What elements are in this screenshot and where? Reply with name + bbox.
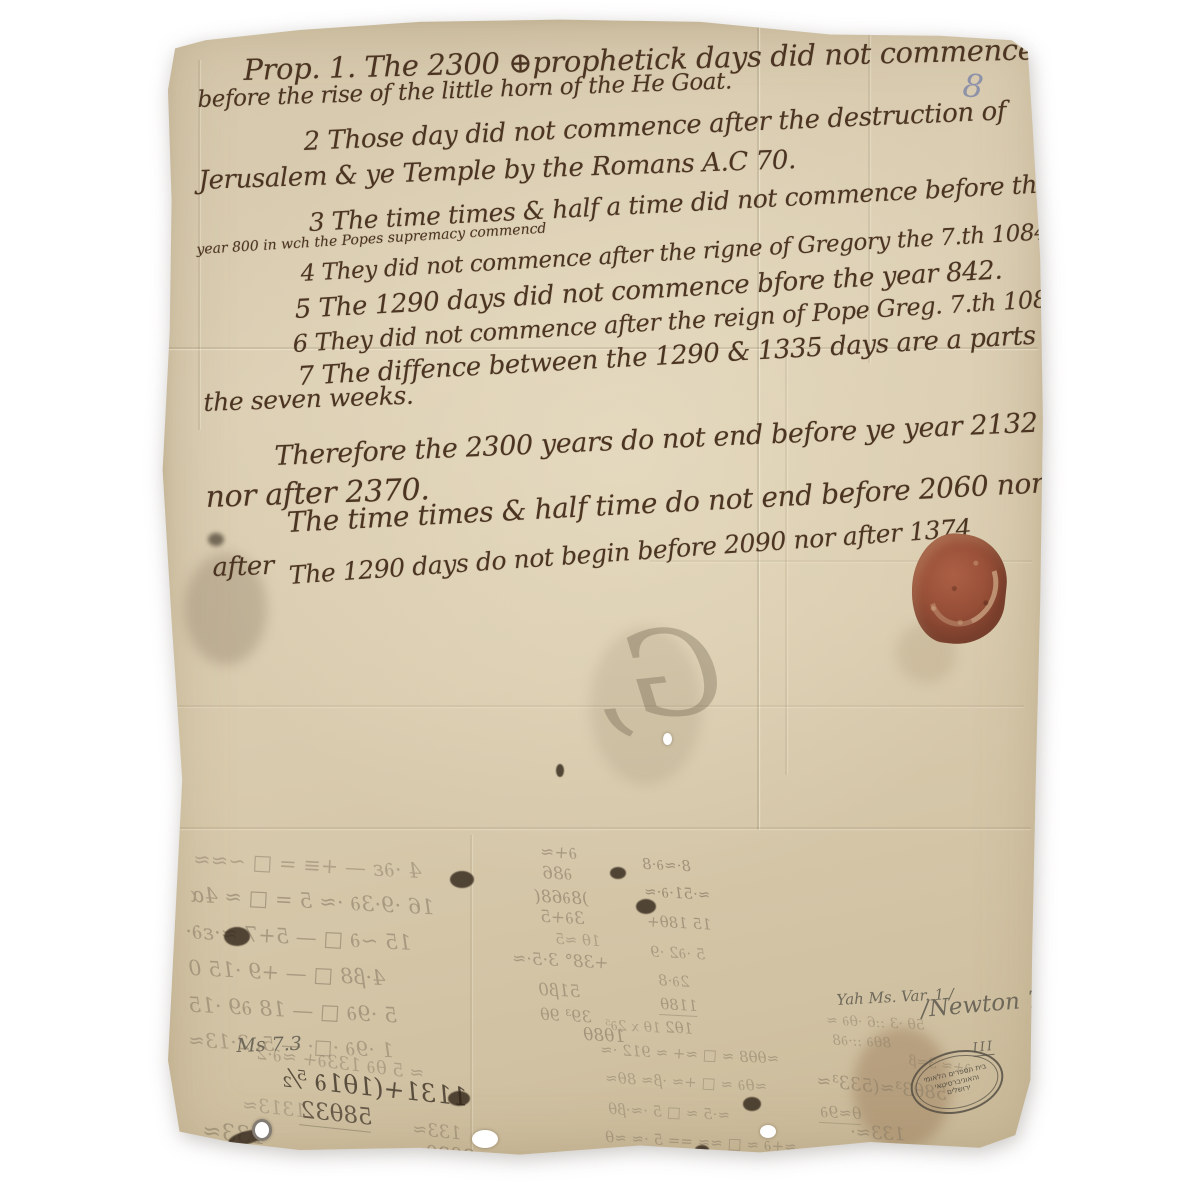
bleedthrough-math-line: 15 ~∂ □ — 5+7 ≈·ε∂· xyxy=(185,919,413,955)
manuscript-line: Therefore the 2300 years do not end befo… xyxy=(274,408,1038,472)
paper-hole xyxy=(472,1130,498,1148)
bleedthrough-math-line: ≈·5 ≈ □ 5 ·≈·βθ xyxy=(608,1100,731,1124)
bleedthrough-math-line: 1θ2 xyxy=(665,1018,694,1037)
stamp-text-line: והאוניברסיטאי xyxy=(934,1073,980,1092)
paper-sheet: G, Prop. 1. The 2300 ⊕prophetick days di… xyxy=(160,15,1050,1165)
fold-crease xyxy=(168,827,1031,829)
bleedthrough-math-line: 4 ·∂ε — +≡ = □ ~≈≈ xyxy=(193,847,423,883)
bleedthrough-math-line: 1θ x 2∂⁵ xyxy=(605,1018,662,1037)
manuscript-line: after xyxy=(212,551,274,583)
bleedthrough-math-line: 118θ xyxy=(660,995,699,1017)
paper-hole xyxy=(663,733,672,745)
paper-hole xyxy=(252,1119,272,1141)
folio-number: 8 xyxy=(961,66,985,106)
bleedthrough-math-line: 8·≈∂·8 xyxy=(642,855,692,876)
stamp-text-line: בית הספרים הלאומי xyxy=(923,1062,987,1085)
stamp-text-line: ירושלים xyxy=(946,1083,972,1097)
ink-blot xyxy=(450,871,474,888)
bleedthrough-math-line: ∂+≈ xyxy=(540,842,578,864)
bleedthrough-math-line: 3θ3θ xyxy=(425,1141,476,1169)
bleedthrough-math-line: 15 18θ+ xyxy=(647,912,712,933)
bleedthrough-doodle: G, xyxy=(585,601,729,753)
bleedthrough-math-line: 133≈ xyxy=(411,1118,462,1144)
ink-blot xyxy=(743,1097,761,1111)
bleedthrough-math-line: 2∂·8 xyxy=(658,971,691,991)
bleedthrough-math-line: 1θ ≈5 xyxy=(555,930,601,950)
paper-hole xyxy=(760,1125,776,1138)
ink-blot xyxy=(636,899,656,914)
bleedthrough-math-line: ≈θθ8 ≈ □ ≈+ ≈ 912 ·≈ xyxy=(600,1040,780,1067)
bleedthrough-math-line: 5 ·∂2 ·9 xyxy=(650,943,706,964)
manuscript-line: the seven weeks. xyxy=(203,381,414,417)
bleedthrough-math-line: 1313≈ xyxy=(241,1094,307,1123)
stain xyxy=(208,533,224,546)
bleedthrough-math-line: 5 ·9∂ □ — 18 ∂9 ·15 xyxy=(188,993,398,1028)
bleedthrough-math-line: 3∂+5 xyxy=(540,907,586,929)
ink-blot xyxy=(610,867,626,879)
catalog-annotation-bottom-left: Ms 7.3 xyxy=(236,1033,302,1057)
ink-blot xyxy=(448,1091,470,1106)
bleedthrough-math-line: 16 ·9·3∂ ·≈ 5 = □ ≈ 4α xyxy=(190,883,436,920)
bleedthrough-math-line: 4·β8 □ — +9 ·15 0 xyxy=(188,956,386,990)
bleedthrough-math-line: ∂86 xyxy=(541,863,572,885)
ink-blot xyxy=(556,764,564,777)
bleedthrough-math-line: 5θ ·3 ::6 ·θ∂ ≈ xyxy=(826,1012,925,1033)
bleedthrough-math-line: 8θ∂ ::·∂8 xyxy=(832,1032,892,1051)
bleedthrough-math-line: 51β0 xyxy=(538,980,581,1002)
ink-blot xyxy=(224,927,250,946)
scanned-manuscript-page: G, Prop. 1. The 2300 ⊕prophetick days di… xyxy=(0,0,1200,1182)
bleedthrough-math-line: 39³ 9θ xyxy=(540,1005,593,1027)
bleedthrough-math-line: ≈·51·∂·≈ xyxy=(644,882,711,903)
bleedthrough-math-line: +38° 3·5·≈ xyxy=(512,948,609,973)
aged-paper: G, Prop. 1. The 2300 ⊕prophetick days di… xyxy=(160,15,1050,1165)
bleedthrough-math-line: ≈θ∂ ≈ □ +≈ ·β≈ 8θ≈ xyxy=(605,1069,768,1095)
bleedthrough-math-line: 58θ32 xyxy=(299,1097,374,1132)
bleedthrough-math-line: 133≈· xyxy=(849,1122,905,1146)
ink-blot xyxy=(695,1145,709,1154)
